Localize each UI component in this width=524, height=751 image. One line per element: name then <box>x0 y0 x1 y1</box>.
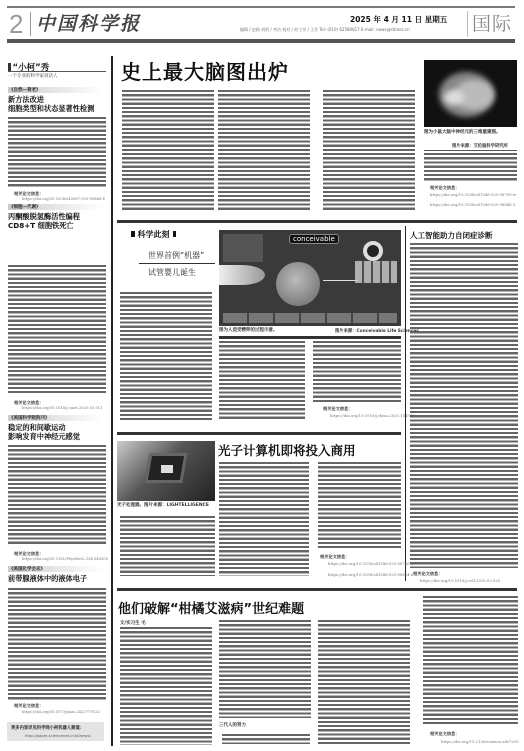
newspaper-masthead: 中国科学报 <box>36 12 141 36</box>
item-body <box>8 265 106 395</box>
brain-map-image <box>424 60 517 127</box>
citrus-body-col1 <box>120 627 212 745</box>
item-body <box>8 588 106 700</box>
image-credit: 图片来源：艾伦脑科学研究所 <box>452 143 508 149</box>
photonic-chip-image <box>117 441 215 501</box>
footer-text: 更多内容详见科学网小柯机器人频道： <box>11 725 84 731</box>
source-label: 相关论文信息： <box>320 554 349 560</box>
title-bar-icon <box>8 63 11 71</box>
item-body <box>8 445 106 545</box>
section-divider <box>467 11 468 37</box>
more-content-box: 更多内容详见科学网小柯机器人频道： http://paper.sciencene… <box>7 722 104 741</box>
doi-link[interactable]: https://doi.org/10.1073/pnas.2423779122 <box>22 710 100 714</box>
section-name: 国际 <box>472 13 512 35</box>
item-headline[interactable]: 新方法改进 细胞类型和状态显著性检测 <box>8 95 106 113</box>
source-label: 相关论文信息： <box>323 406 352 412</box>
item-kicker: 《美国科学院院刊》 <box>8 415 103 421</box>
doi-link[interactable]: https://doi.org/10.1016/j.cmet.2025.03.0… <box>22 406 103 410</box>
square-bullet-icon <box>173 231 177 237</box>
image-caption: 光子处理器。图片来源：LIGHTELLIGENCE <box>117 503 209 509</box>
divider <box>219 336 401 339</box>
science-now-label: 科学此刻 <box>128 229 179 240</box>
page-number-divider <box>30 12 31 36</box>
divider <box>424 150 517 151</box>
doi-link[interactable]: https://doi.org/10.1126/science.ads7203 <box>441 739 519 744</box>
section-rule <box>117 588 517 591</box>
item-headline[interactable]: 前带腺液体中的液体电子 <box>8 574 106 583</box>
photo-caption: 图为人造受精卵的过程示意。 <box>219 328 278 334</box>
science-now-body-col2 <box>219 341 305 421</box>
header-bottom-rule <box>7 39 515 43</box>
headline-citrus[interactable]: 他们破解“柑橘艾滋病”世纪难题 <box>118 598 304 617</box>
column-subtitle: 一个专业的科学家说话人 <box>8 73 58 79</box>
item-kicker: 《美国化学会志》 <box>8 566 103 572</box>
source-label: 相关论文信息： <box>14 703 43 709</box>
science-now-body <box>120 292 212 422</box>
doi-link[interactable]: https://doi.org/10.1038/s41586-025-08786… <box>328 561 413 566</box>
article-body-col1 <box>122 90 214 210</box>
article-body-col2 <box>218 90 310 210</box>
source-label: 相关论文信息： <box>430 731 459 737</box>
science-now-body-col3 <box>313 341 401 403</box>
doi-link[interactable]: https://doi.org/10.1161/PhysRevL.134.045… <box>22 557 108 561</box>
source-label: 相关论文信息： <box>430 185 459 191</box>
subhead: 三代人的努力 <box>219 722 246 728</box>
science-now-title-line1[interactable]: 世界首例“机器” <box>148 250 204 261</box>
section-rule <box>117 432 401 435</box>
page-number: 2 <box>9 11 23 37</box>
headline-photonic[interactable]: 光子计算机即将投入商用 <box>218 441 356 459</box>
divider <box>8 71 106 72</box>
citrus-body-col3 <box>318 620 410 745</box>
photonic-body-col2 <box>219 462 309 576</box>
square-bullet-icon <box>131 231 135 237</box>
divider <box>139 263 215 264</box>
doi-link[interactable]: https://doi.org/10.1038/s41586-025-08854… <box>328 572 413 577</box>
photo-credit: 图片来源：Conceivable Life Sciences <box>335 328 419 334</box>
image-caption: 图为小鼠大脑中神经元的三维重建图。 <box>424 130 517 136</box>
doi-link[interactable]: https://doi.org/10.1016/j.rbmo.2025.1049… <box>330 413 415 418</box>
doi-link[interactable]: https://doi.org/10.1038/s43587-025-00846… <box>22 197 105 201</box>
item-kicker: 《自然—衰老》 <box>8 87 103 93</box>
science-now-title-line2[interactable]: 试管婴儿诞生 <box>148 267 196 278</box>
issue-date: 2025 年 4 月 11 日 星期五 <box>350 14 447 25</box>
source-label: 相关论文信息： <box>413 571 442 577</box>
photo-logo: conceivable <box>289 234 339 244</box>
editor-contacts: 编辑 / 赵路 胡珉 / 李洁 校对 / 何工劳 / 王芳 Tel: (010)… <box>240 27 410 33</box>
section-rule <box>117 220 517 223</box>
citrus-body-col4 <box>423 596 518 724</box>
header-top-rule <box>7 6 515 8</box>
article-body-col3 <box>323 90 415 210</box>
article-body-col4 <box>424 153 517 181</box>
doi-link[interactable]: https://doi.org/10.1038/s41586-025-08790… <box>430 192 516 197</box>
item-kicker: 《细胞—代谢》 <box>8 204 103 210</box>
ai-article-body <box>410 243 518 568</box>
byline: 文/实习生 毛 <box>120 620 146 626</box>
item-headline[interactable]: 丙酮酸脱氢酶活性编程 CD8+T 细胞铁死亡 <box>8 212 106 230</box>
doi-link[interactable]: https://doi.org/10.1038/s41586-025-08840… <box>430 202 515 207</box>
item-body <box>8 117 106 187</box>
item-headline[interactable]: 稳定的和间歇运动 影响发育中神经元感觉 <box>8 423 106 441</box>
citrus-body-col2 <box>219 620 311 718</box>
ivf-machine-photo: conceivable <box>219 230 401 326</box>
headline-ai-autism[interactable]: 人工智能助力自闭症诊断 <box>410 230 493 241</box>
headline-brain-map[interactable]: 史上最大脑图出炉 <box>121 60 289 84</box>
footer-link[interactable]: http://paper.sciencenet.cn/AInews/ <box>25 733 91 738</box>
photonic-body-col3 <box>318 462 401 550</box>
photonic-body-col1 <box>120 516 215 576</box>
column-rule <box>405 226 406 581</box>
left-column-rule <box>111 56 113 746</box>
citrus-body-col2b <box>222 734 310 744</box>
doi-link[interactable]: https://doi.org/10.1016/j.cell.2025.02.0… <box>420 578 500 583</box>
